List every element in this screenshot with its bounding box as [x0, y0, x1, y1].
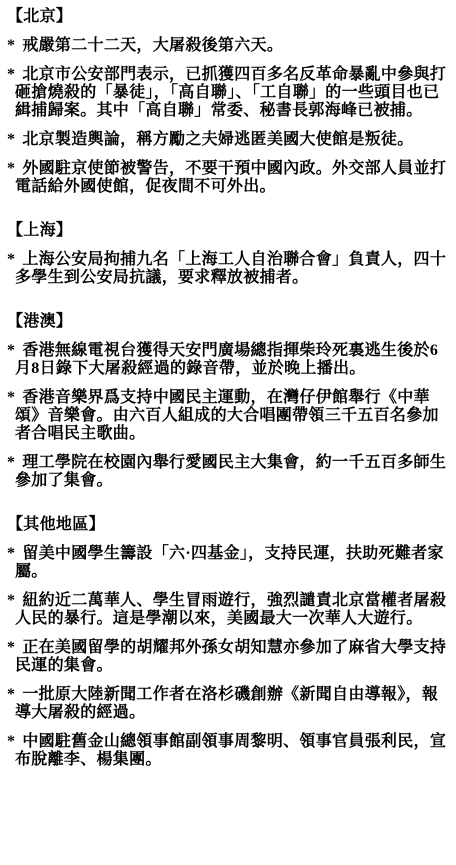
- section-header-beijing: 【北京】: [7, 8, 450, 26]
- bullet-asterisk: *: [7, 389, 22, 406]
- bullet-item: *北京製造輿論，稱方勵之夫婦逃匿美國大使館是叛徒。: [15, 131, 450, 149]
- bullet-text: 香港音樂界爲支持中國民主運動，在灣仔伊館舉行《中華頌》音樂會。由六百人組成的大合…: [15, 389, 439, 442]
- bullet-text: 北京製造輿論，稱方勵之夫婦逃匿美國大使館是叛徒。: [22, 131, 413, 148]
- bullet-asterisk: *: [7, 66, 22, 83]
- document-page: 【北京】 *戒嚴第二十二天，大屠殺後第六天。 *北京市公安部門表示，已抓獲四百多…: [0, 0, 456, 865]
- bullet-item: *正在美國留學的胡耀邦外孫女胡知慧亦參加了麻省大學支持民運的集會。: [15, 639, 450, 675]
- bullet-asterisk: *: [7, 131, 22, 148]
- bullet-text: 北京市公安部門表示，已抓獲四百多名反革命暴亂中參與打砸搶燒殺的「暴徒」，「高自聯…: [15, 66, 446, 119]
- bullet-item: *戒嚴第二十二天，大屠殺後第六天。: [15, 37, 450, 55]
- bullet-asterisk: *: [7, 454, 22, 471]
- bullet-text: 紐約近二萬華人、學生冒雨遊行，強烈譴責北京當權者屠殺人民的暴行。這是學潮以來，美…: [15, 592, 446, 627]
- bullet-text: 留美中國學生籌設「六·四基金」，支持民運，扶助死難者家屬。: [15, 545, 444, 580]
- bullet-asterisk: *: [7, 733, 22, 750]
- bullet-asterisk: *: [7, 686, 22, 703]
- bullet-item: *一批原大陸新聞工作者在洛杉磯創辦《新聞自由導報》，報導大屠殺的經過。: [15, 686, 450, 722]
- section-other-regions: 【其他地區】 *留美中國學生籌設「六·四基金」，支持民運，扶助死難者家屬。 *紐…: [7, 516, 450, 769]
- bullet-item: *留美中國學生籌設「六·四基金」，支持民運，扶助死難者家屬。: [15, 545, 450, 581]
- bullet-text: 戒嚴第二十二天，大屠殺後第六天。: [22, 37, 283, 54]
- section-header-shanghai: 【上海】: [7, 222, 450, 240]
- bullet-asterisk: *: [7, 37, 22, 54]
- bullet-item: *上海公安局拘捕九名「上海工人自治聯合會」負責人，四十多學生到公安局抗議，要求釋…: [15, 251, 450, 287]
- bullet-text: 上海公安局拘捕九名「上海工人自治聯合會」負責人，四十多學生到公安局抗議，要求釋放…: [15, 251, 446, 286]
- bullet-item: *中國駐舊金山總領事館副領事周黎明、領事官員張利民，宣布脫離李、楊集團。: [15, 733, 450, 769]
- bullet-text: 外國駐京使節被警告，不要干預中國內政。外交部人員並打電話給外國使館，促夜間不可外…: [15, 160, 446, 195]
- bullet-asterisk: *: [7, 592, 22, 609]
- bullet-item: *香港音樂界爲支持中國民主運動，在灣仔伊館舉行《中華頌》音樂會。由六百人組成的大…: [15, 389, 450, 443]
- bullet-asterisk: *: [7, 160, 22, 177]
- bullet-text: 正在美國留學的胡耀邦外孫女胡知慧亦參加了麻省大學支持民運的集會。: [15, 639, 446, 674]
- bullet-item: *外國駐京使節被警告，不要干預中國內政。外交部人員並打電話給外國使館，促夜間不可…: [15, 160, 450, 196]
- section-header-other-regions: 【其他地區】: [7, 516, 450, 534]
- bullet-item: *北京市公安部門表示，已抓獲四百多名反革命暴亂中參與打砸搶燒殺的「暴徒」，「高自…: [15, 66, 450, 120]
- bullet-text: 香港無線電視台獲得天安門廣場總指揮柴玲死裏逃生後於6月8日錄下大屠殺經過的錄音帶…: [15, 342, 438, 377]
- bullet-asterisk: *: [7, 545, 22, 562]
- bullet-item: *香港無線電視台獲得天安門廣場總指揮柴玲死裏逃生後於6月8日錄下大屠殺經過的錄音…: [15, 342, 450, 378]
- bullet-text: 理工學院在校園內舉行愛國民主大集會，約一千五百多師生參加了集會。: [15, 454, 446, 489]
- bullet-text: 一批原大陸新聞工作者在洛杉磯創辦《新聞自由導報》，報導大屠殺的經過。: [15, 686, 438, 721]
- bullet-item: *紐約近二萬華人、學生冒雨遊行，強烈譴責北京當權者屠殺人民的暴行。這是學潮以來，…: [15, 592, 450, 628]
- bullet-asterisk: *: [7, 342, 22, 359]
- section-header-hongkong-macau: 【港澳】: [7, 313, 450, 331]
- section-beijing: 【北京】 *戒嚴第二十二天，大屠殺後第六天。 *北京市公安部門表示，已抓獲四百多…: [7, 8, 450, 196]
- bullet-text: 中國駐舊金山總領事館副領事周黎明、領事官員張利民，宣布脫離李、楊集團。: [15, 733, 446, 768]
- bullet-asterisk: *: [7, 639, 22, 656]
- bullet-asterisk: *: [7, 251, 22, 268]
- section-hongkong-macau: 【港澳】 *香港無線電視台獲得天安門廣場總指揮柴玲死裏逃生後於6月8日錄下大屠殺…: [7, 313, 450, 490]
- section-shanghai: 【上海】 *上海公安局拘捕九名「上海工人自治聯合會」負責人，四十多學生到公安局抗…: [7, 222, 450, 287]
- bullet-item: *理工學院在校園內舉行愛國民主大集會，約一千五百多師生參加了集會。: [15, 454, 450, 490]
